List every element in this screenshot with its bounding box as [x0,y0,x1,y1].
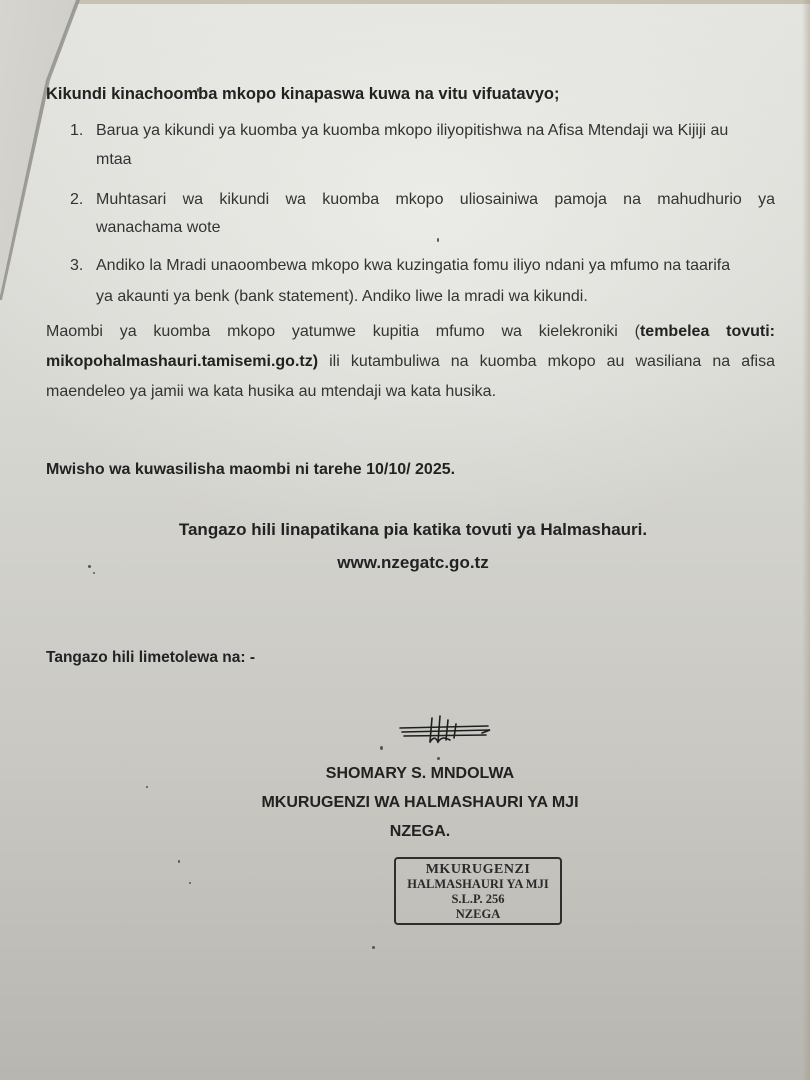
ink-speck [372,946,375,949]
stamp-line: HALMASHAURI YA MJI [396,877,560,892]
requirement-number: 3. [70,257,83,275]
ink-speck [178,860,180,863]
requirement-number: 2. [70,191,83,209]
issued-by-label: Tangazo hili limetolewa na: - [46,648,255,668]
stamp-line: MKURUGENZI [396,862,560,877]
ink-speck [146,786,148,788]
ink-speck [380,746,383,750]
portal-instruction: tembelea tovuti: [640,323,775,340]
council-website[interactable]: www.nzegatc.go.tz [0,553,810,573]
ink-speck [197,88,199,92]
requirement-text-line: Barua ya kikundi ya kuomba ya kuomba mko… [96,122,728,140]
requirement-text-line: ya akaunti ya benk (bank statement). And… [96,288,588,306]
signature-icon [396,712,496,748]
ink-speck [437,757,440,760]
signatory-name: SHOMARY S. MNDOLWA [0,764,810,784]
signatory-town: NZEGA. [0,822,810,842]
availability-note: Tangazo hili linapatikana pia katika tov… [0,520,810,540]
portal-url[interactable]: mikopohalmashauri.tamisemi.go.tz) [46,353,318,370]
stamp-line: S.L.P. 256 [396,892,560,907]
requirement-text-line: wanachama wote [96,219,221,237]
requirement-number: 1. [70,122,83,140]
application-line-2: mikopohalmashauri.tamisemi.go.tz) ili ku… [46,353,775,371]
ink-speck [189,882,191,884]
requirements-intro: Kikundi kinachoomba mkopo kinapaswa kuwa… [46,84,559,104]
notice-document: Kikundi kinachoomba mkopo kinapaswa kuwa… [0,0,810,1080]
ink-speck [437,238,439,242]
official-stamp: MKURUGENZI HALMASHAURI YA MJI S.L.P. 256… [394,857,562,925]
ink-speck [93,572,95,574]
ink-speck [88,565,91,568]
requirement-text-line: mtaa [96,151,132,169]
application-line-3: maendeleo ya jamii wa kata husika au mte… [46,383,496,401]
deadline-text: Mwisho wa kuwasilisha maombi ni tarehe 1… [46,460,455,480]
requirement-text-line: Andiko la Mradi unaoombewa mkopo kwa kuz… [96,257,730,275]
stamp-line: NZEGA [396,907,560,922]
signatory-title: MKURUGENZI WA HALMASHAURI YA MJI [0,793,810,813]
application-line-1: Maombi ya kuomba mkopo yatumwe kupitia m… [46,323,775,341]
requirement-text-line: Muhtasari wa kikundi wa kuomba mkopo uli… [96,191,775,209]
